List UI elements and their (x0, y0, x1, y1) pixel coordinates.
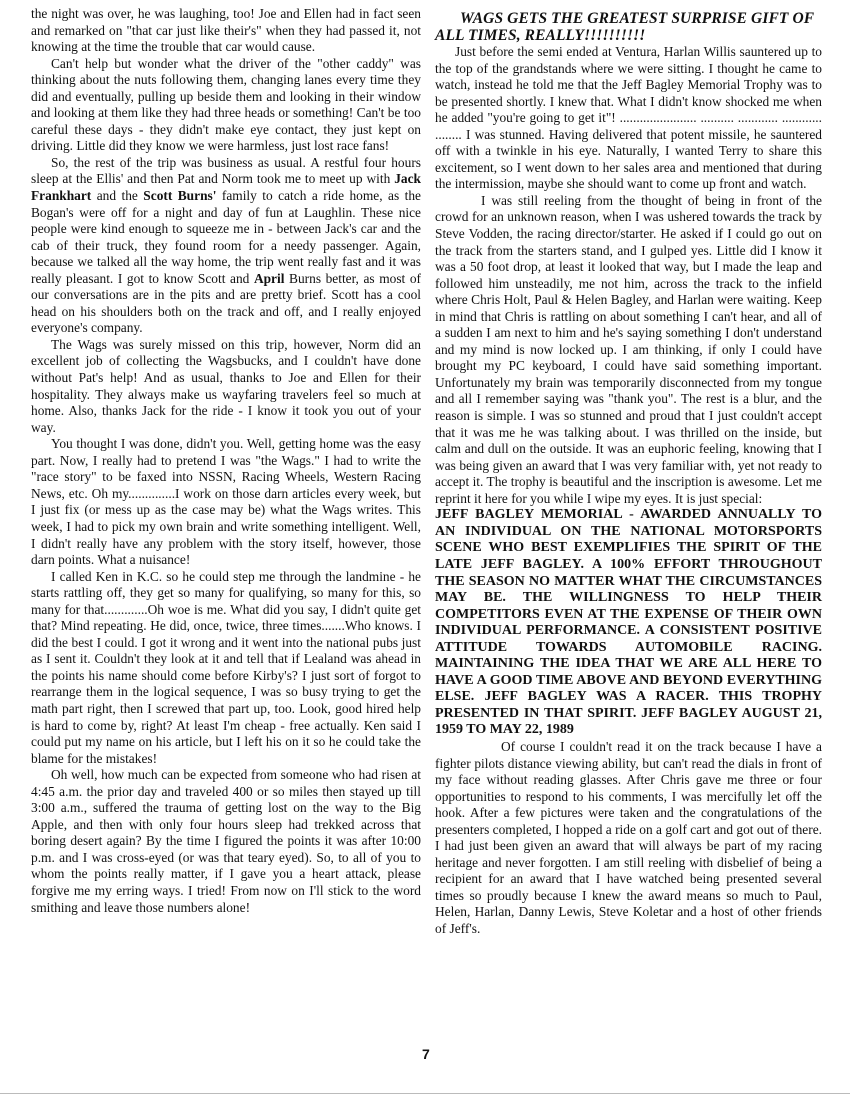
article-paragraph: The Wags was surely missed on this trip,… (31, 337, 421, 436)
article-paragraph: You thought I was done, didn't you. Well… (31, 436, 421, 568)
right-column: WAGS GETS THE GREATEST SURPRISE GIFT OF … (435, 6, 822, 938)
article-paragraph: Just before the semi ended at Ventura, H… (435, 44, 822, 193)
paragraph-text: and the (91, 188, 143, 203)
person-name-bold: April (254, 271, 285, 286)
scan-edge-divider (0, 1093, 850, 1094)
article-paragraph: Can't help but wonder what the driver of… (31, 56, 421, 155)
article-paragraph: I was still reeling from the thought of … (435, 193, 822, 507)
person-name-bold: Scott Burns' (143, 188, 216, 203)
newsletter-page: the night was over, he was laughing, too… (0, 0, 850, 1100)
paragraph-text: So, the rest of the trip was business as… (31, 155, 421, 187)
left-column: the night was over, he was laughing, too… (31, 6, 421, 916)
article-paragraph: Of course I couldn't read it on the trac… (435, 739, 822, 938)
article-paragraph: Oh well, how much can be expected from s… (31, 767, 421, 916)
article-paragraph: I called Ken in K.C. so he could step me… (31, 569, 421, 768)
trophy-inscription: JEFF BAGLEY MEMORIAL - AWARDED ANNUALLY … (435, 507, 822, 739)
article-headline: WAGS GETS THE GREATEST SURPRISE GIFT OF … (435, 10, 822, 44)
page-number: 7 (422, 1046, 430, 1062)
article-paragraph: So, the rest of the trip was business as… (31, 155, 421, 337)
article-paragraph: the night was over, he was laughing, too… (31, 6, 421, 56)
